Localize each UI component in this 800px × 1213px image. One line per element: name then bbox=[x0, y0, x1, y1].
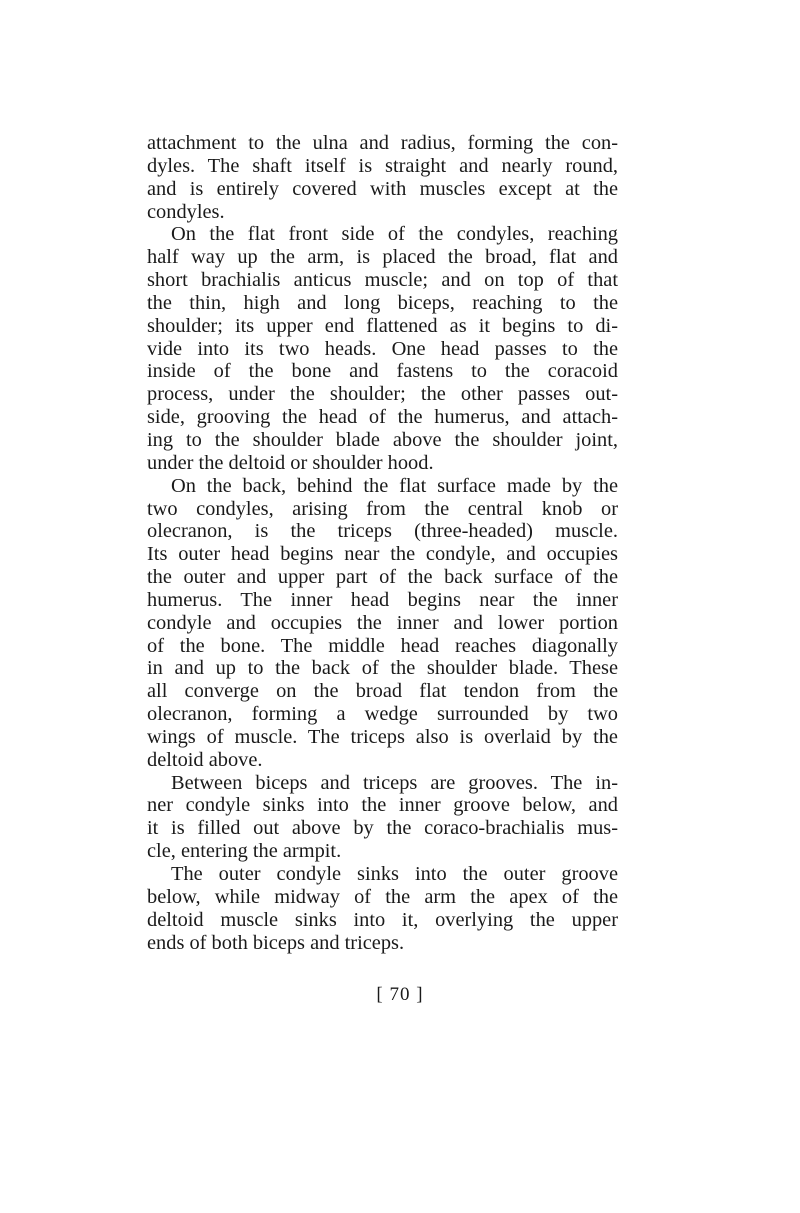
text-line: and is entirely covered with muscles exc… bbox=[147, 178, 618, 201]
paragraph-first-line: The outer condyle sinks into the outer g… bbox=[147, 863, 618, 886]
text-line: it is filled out above by the coraco-bra… bbox=[147, 817, 618, 840]
text-line: all converge on the broad flat tendon fr… bbox=[147, 680, 618, 703]
paragraph-first-line: On the back, behind the flat surface mad… bbox=[147, 475, 618, 498]
text-line: olecranon, is the triceps (three-headed)… bbox=[147, 520, 618, 543]
text-line: process, under the shoulder; the other p… bbox=[147, 383, 618, 406]
text-line: the thin, high and long biceps, reaching… bbox=[147, 292, 618, 315]
text-line: condyles. bbox=[147, 201, 618, 224]
text-line: in and up to the back of the shoulder bl… bbox=[147, 657, 618, 680]
text-line: half way up the arm, is placed the broad… bbox=[147, 246, 618, 269]
book-page: attachment to the ulna and radius, formi… bbox=[0, 0, 800, 1213]
text-line: vide into its two heads. One head passes… bbox=[147, 338, 618, 361]
text-line: wings of muscle. The triceps also is ove… bbox=[147, 726, 618, 749]
text-line: inside of the bone and fastens to the co… bbox=[147, 360, 618, 383]
body-text: attachment to the ulna and radius, formi… bbox=[147, 132, 618, 954]
text-line: ner condyle sinks into the inner groove … bbox=[147, 794, 618, 817]
text-line: Its outer head begins near the condyle, … bbox=[147, 543, 618, 566]
text-line: attachment to the ulna and radius, formi… bbox=[147, 132, 618, 155]
paragraph-first-line: On the flat front side of the condyles, … bbox=[147, 223, 618, 246]
text-line: deltoid muscle sinks into it, overlying … bbox=[147, 909, 618, 932]
text-line: shoulder; its upper end flattened as it … bbox=[147, 315, 618, 338]
text-line: short brachialis anticus muscle; and on … bbox=[147, 269, 618, 292]
text-line: condyle and occupies the inner and lower… bbox=[147, 612, 618, 635]
text-line: dyles. The shaft itself is straight and … bbox=[147, 155, 618, 178]
paragraph-first-line: Between biceps and triceps are grooves. … bbox=[147, 772, 618, 795]
text-line: ends of both biceps and triceps. bbox=[147, 932, 618, 955]
text-line: humerus. The inner head begins near the … bbox=[147, 589, 618, 612]
text-line: of the bone. The middle head reaches dia… bbox=[147, 635, 618, 658]
page-number: [ 70 ] bbox=[0, 984, 800, 1006]
text-line: two condyles, arising from the central k… bbox=[147, 498, 618, 521]
text-line: side, grooving the head of the humerus, … bbox=[147, 406, 618, 429]
text-line: the outer and upper part of the back sur… bbox=[147, 566, 618, 589]
text-line: below, while midway of the arm the apex … bbox=[147, 886, 618, 909]
text-line: cle, entering the armpit. bbox=[147, 840, 618, 863]
text-line: olecranon, forming a wedge surrounded by… bbox=[147, 703, 618, 726]
text-line: ing to the shoulder blade above the shou… bbox=[147, 429, 618, 452]
text-line: deltoid above. bbox=[147, 749, 618, 772]
text-line: under the deltoid or shoulder hood. bbox=[147, 452, 618, 475]
